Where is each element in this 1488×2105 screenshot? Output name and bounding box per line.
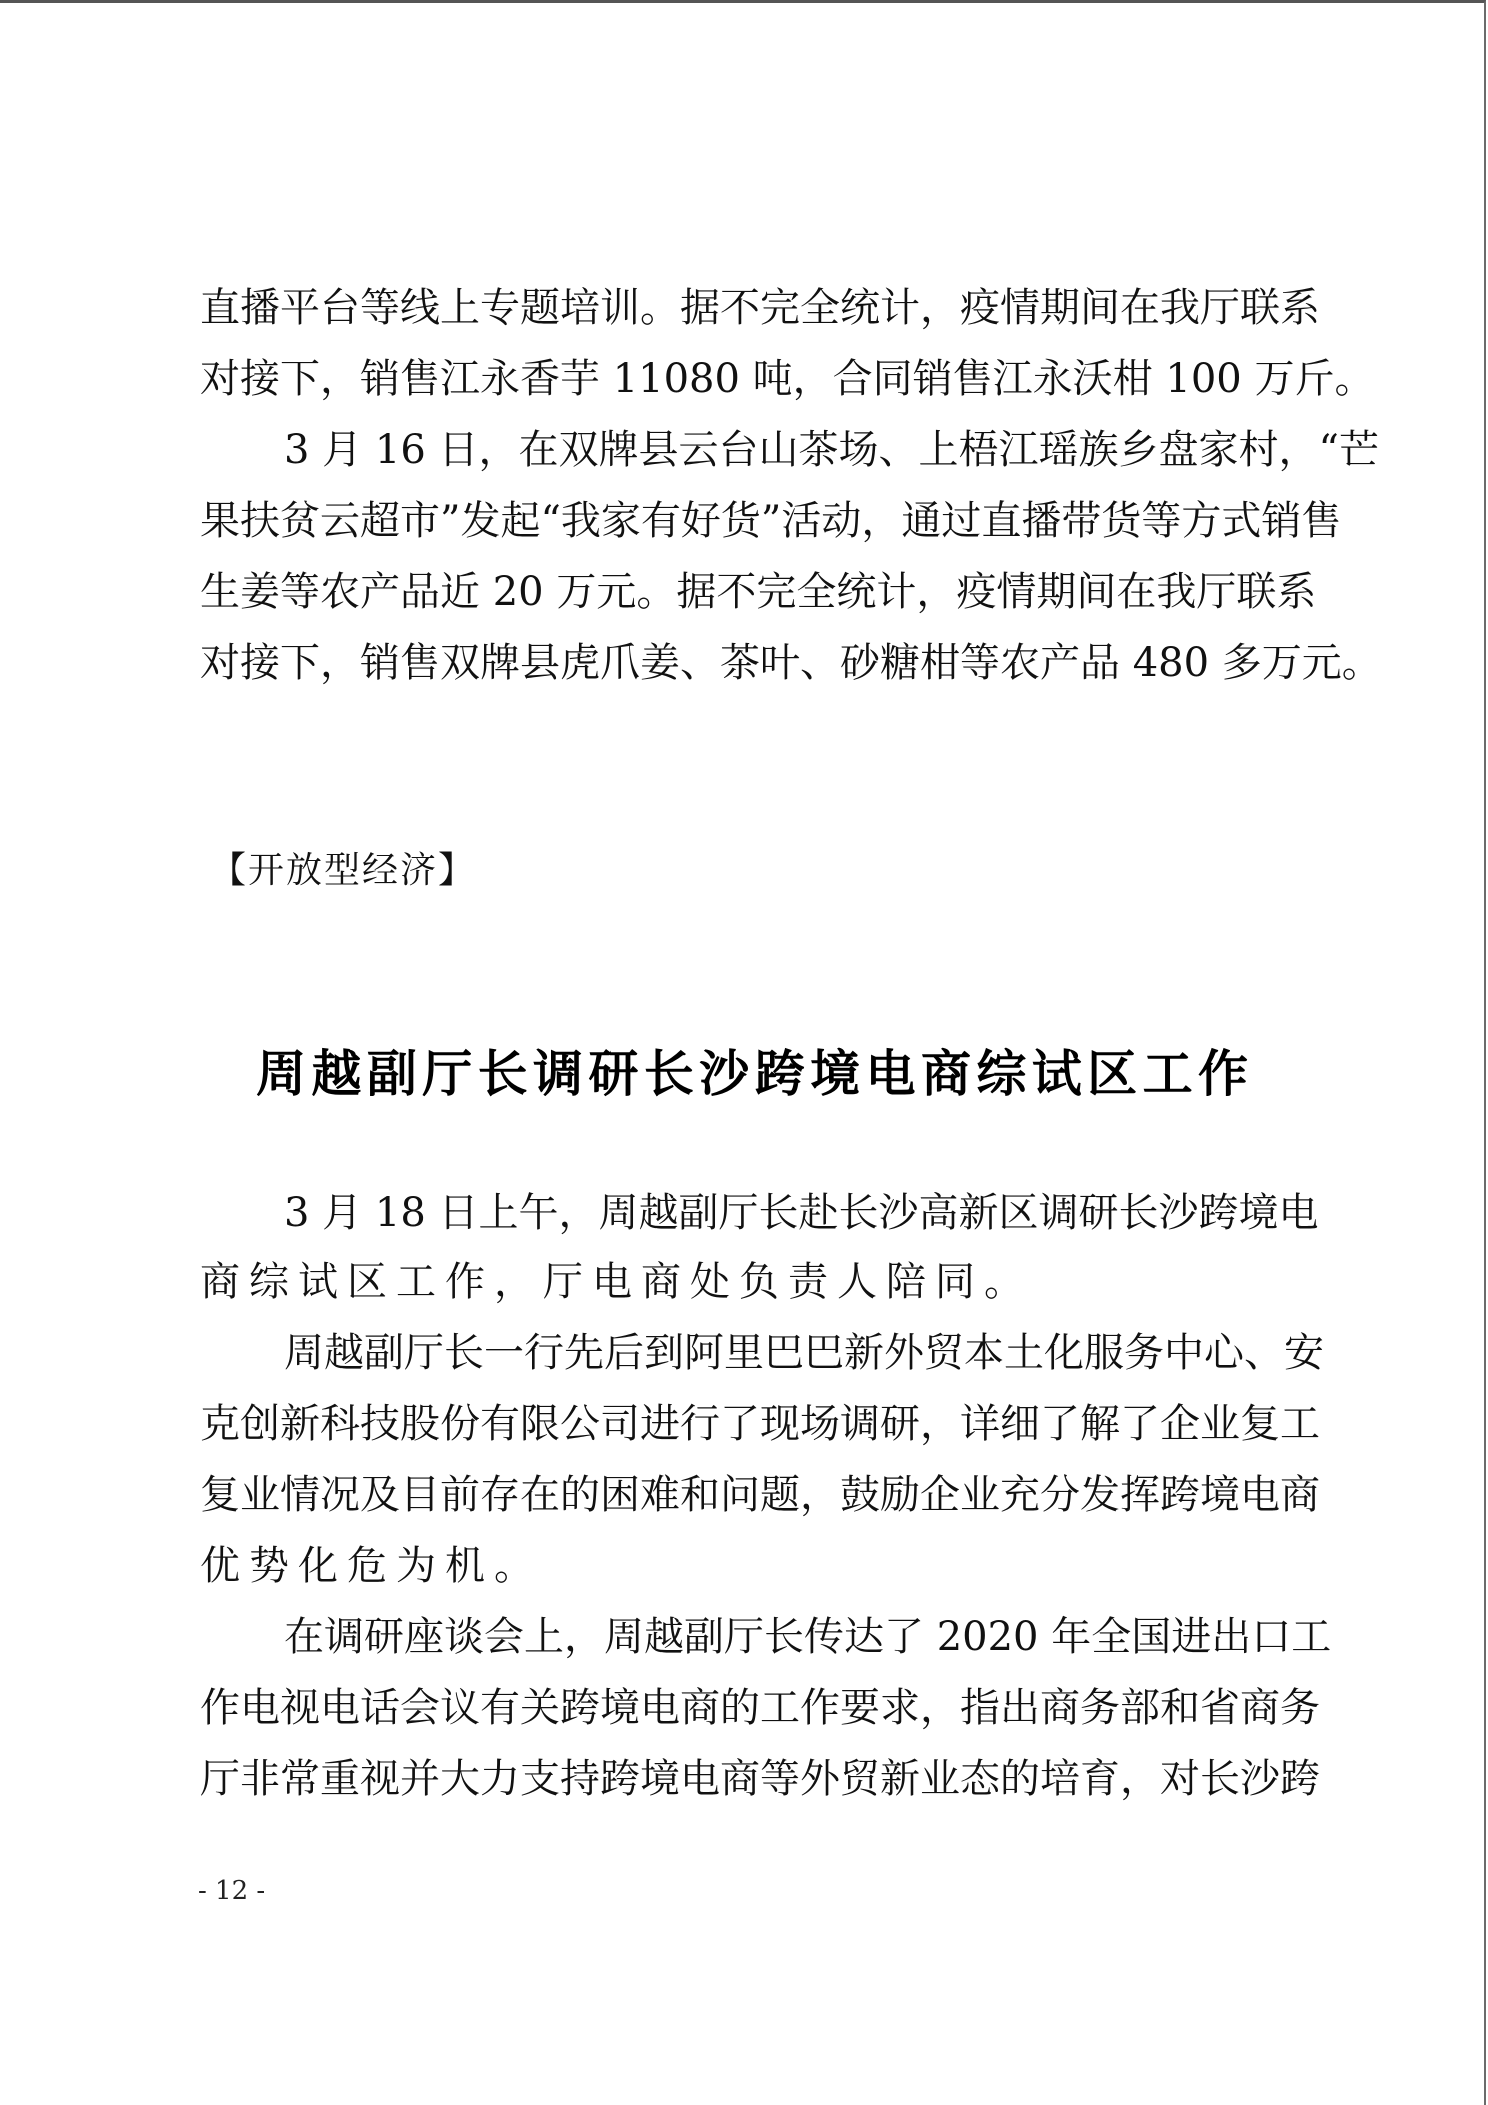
body-line: 周越副厅长一行先后到阿里巴巴新外贸本土化服务中心、安	[284, 1318, 1300, 1389]
body-line: 3 月 18 日上午，周越副厅长赴长沙高新区调研长沙跨境电	[284, 1178, 1300, 1249]
body-line: 厅非常重视并大力支持跨境电商等外贸新业态的培育，对长沙跨	[200, 1744, 1300, 1815]
body-line: 生姜等农产品近 20 万元。据不完全统计，疫情期间在我厅联系	[200, 557, 1300, 628]
body-line: 复业情况及目前存在的困难和问题，鼓励企业充分发挥跨境电商	[200, 1460, 1300, 1531]
article-title: 周越副厅长调研长沙跨境电商综试区工作	[256, 1039, 1248, 1109]
body-line: 对接下，销售双牌县虎爪姜、茶叶、砂糖柑等农产品 480 多万元。	[200, 628, 1300, 699]
section-header: 【开放型经济】	[210, 841, 476, 901]
body-line: 克创新科技股份有限公司进行了现场调研，详细了解了企业复工	[200, 1389, 1300, 1460]
body-line: 对接下，销售江永香芋 11080 吨，合同销售江永沃柑 100 万斤。	[200, 344, 1300, 415]
body-line: 在调研座谈会上，周越副厅长传达了 2020 年全国进出口工	[284, 1602, 1300, 1673]
body-line: 优势化危为机。	[200, 1531, 1300, 1602]
body-line: 作电视电话会议有关跨境电商的工作要求，指出商务部和省商务	[200, 1673, 1300, 1744]
body-line: 商综试区工作，厅电商处负责人陪同。	[200, 1247, 1300, 1318]
page-number: - 12 -	[198, 1873, 265, 1909]
body-line: 果扶贫云超市”发起“我家有好货”活动，通过直播带货等方式销售	[200, 486, 1300, 557]
body-line: 直播平台等线上专题培训。据不完全统计，疫情期间在我厅联系	[200, 273, 1300, 344]
body-line: 3 月 16 日，在双牌县云台山茶场、上梧江瑶族乡盘家村，“芒	[284, 415, 1300, 486]
document-page: 直播平台等线上专题培训。据不完全统计，疫情期间在我厅联系 对接下，销售江永香芋 …	[0, 0, 1486, 2105]
